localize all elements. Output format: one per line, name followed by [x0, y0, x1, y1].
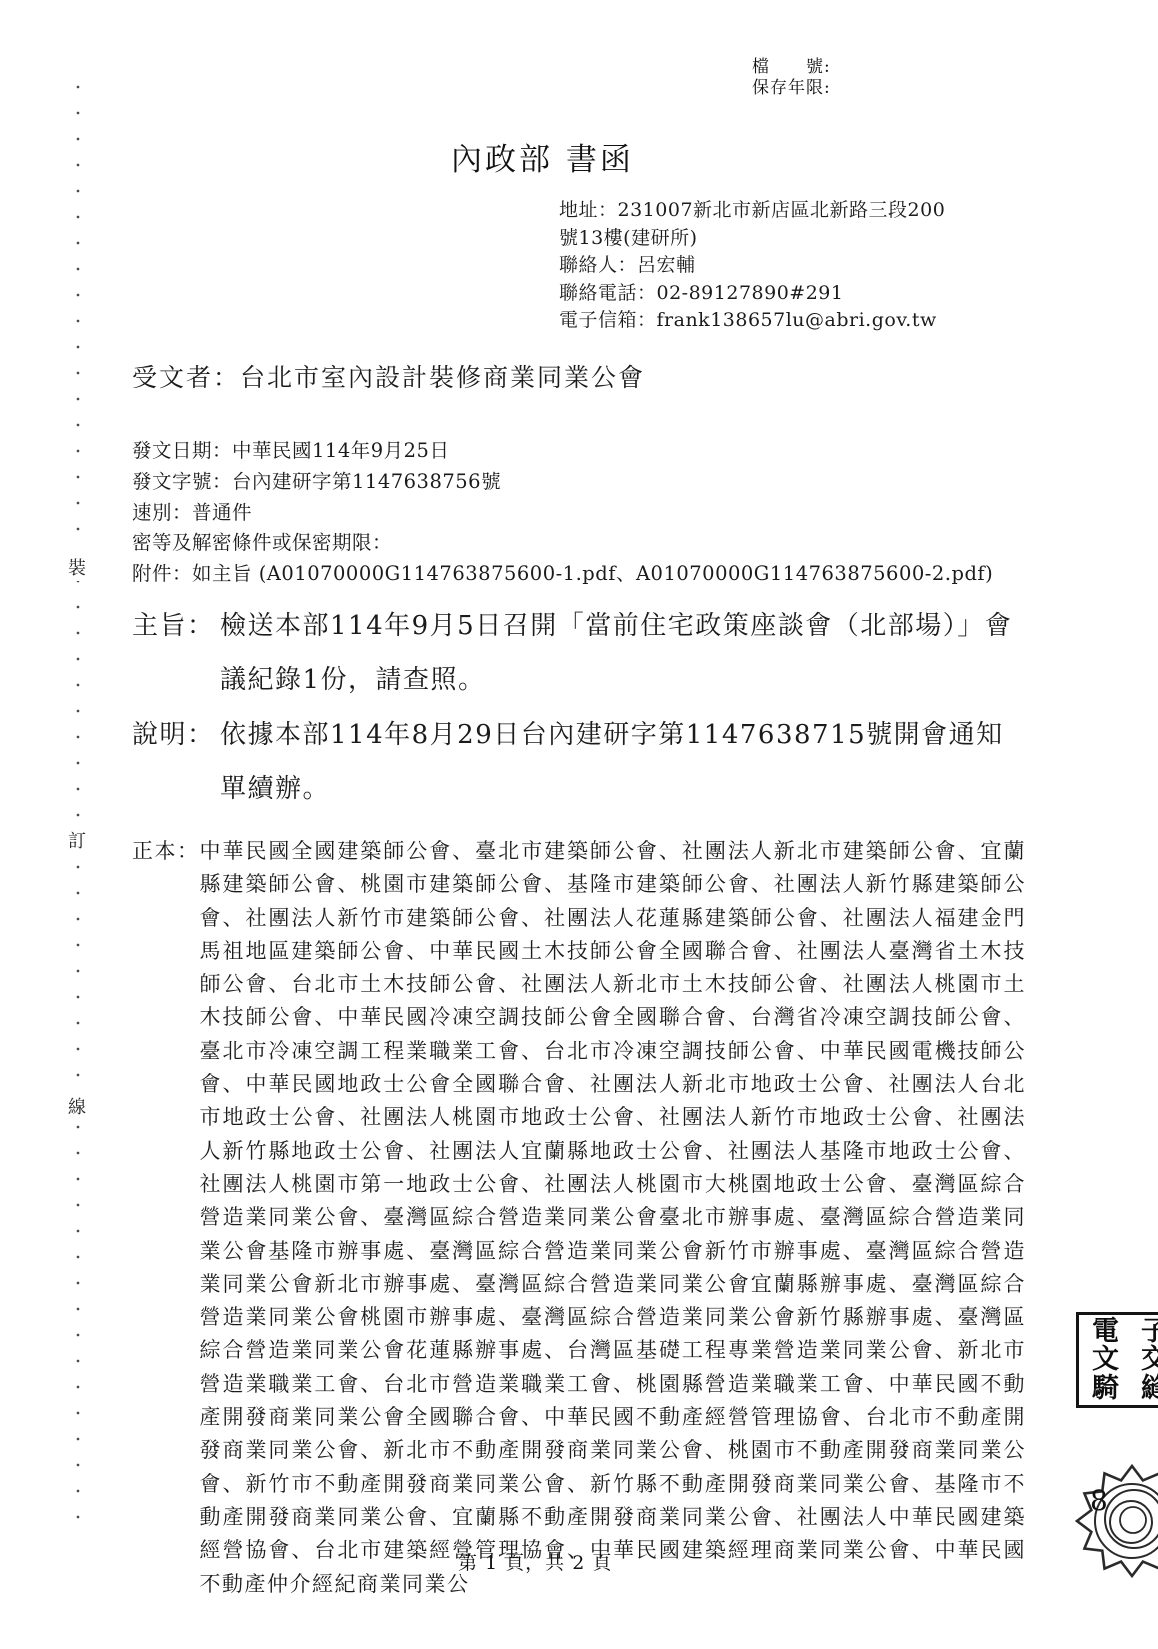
- description-label: 說明：: [132, 708, 220, 816]
- subject-text: 檢送本部114年9月5日召開「當前住宅政策座談會（北部場）」會議紀錄1份，請查照…: [220, 599, 1020, 707]
- binding-mark-xian: 線: [68, 1092, 86, 1120]
- speed-level-line: 速別：普通件: [132, 498, 993, 529]
- file-number-label: 檔 號:: [752, 57, 831, 78]
- electronic-exchange-seam-stamp: 電 子 文 交 騎 縫: [1076, 1312, 1158, 1408]
- description-block: 說明： 依據本部114年8月29日台內建研字第1147638715號開會通知單續…: [132, 708, 1020, 816]
- issue-date-line: 發文日期：中華民國114年9月25日: [132, 436, 993, 467]
- sender-contact-person: 聯絡人：呂宏輔: [559, 252, 945, 280]
- binding-mark-ding: 訂: [68, 826, 86, 854]
- binding-dotted-line: [76, 84, 80, 1534]
- stamp-char: 電: [1092, 1318, 1119, 1345]
- meta-block: 發文日期：中華民國114年9月25日 發文字號：台內建研字第1147638756…: [132, 436, 993, 590]
- binding-mark-zhuang: 裝: [68, 553, 86, 581]
- document-page: 裝 訂 線 檔 號: 保存年限: 內政部 書函 地址：231007新北市新店區北…: [0, 0, 1158, 1649]
- recipient-line: 受文者：台北市室內設計裝修商業同業公會: [132, 358, 645, 394]
- file-header: 檔 號: 保存年限:: [752, 57, 831, 99]
- sender-email: 電子信箱：frank138657lu@abri.gov.tw: [559, 307, 945, 335]
- sender-phone: 聯絡電話：02-89127890#291: [559, 280, 945, 308]
- original-recipients-block: 正本： 中華民國全國建築師公會、臺北市建築師公會、社團法人新北市建築師公會、宜蘭…: [132, 835, 1026, 1601]
- document-title: 內政部 書函: [451, 134, 634, 179]
- sender-address-line2: 號13樓(建研所): [559, 225, 945, 253]
- page-footer: 第 1 頁，共 2 頁: [458, 1548, 612, 1575]
- doc-number-line: 發文字號：台內建研字第1147638756號: [132, 467, 993, 498]
- original-recipients-label: 正本：: [132, 835, 200, 1601]
- sender-address-line1: 地址：231007新北市新店區北新路三段200: [559, 197, 945, 225]
- attachment-line: 附件：如主旨 (A01070000G114763875600-1.pdf、A01…: [132, 559, 993, 590]
- subject-block: 主旨： 檢送本部114年9月5日召開「當前住宅政策座談會（北部場）」會議紀錄1份…: [132, 599, 1020, 707]
- original-recipients-text: 中華民國全國建築師公會、臺北市建築師公會、社團法人新北市建築師公會、宜蘭縣建築師…: [200, 835, 1027, 1601]
- security-level-line: 密等及解密條件或保密期限：: [132, 528, 993, 559]
- stamp-char: 騎: [1092, 1375, 1119, 1402]
- stamp-char: 子: [1141, 1318, 1158, 1345]
- sender-info-block: 地址：231007新北市新店區北新路三段200 號13樓(建研所) 聯絡人：呂宏…: [559, 197, 945, 335]
- stamp-char: 文: [1092, 1346, 1119, 1373]
- description-text: 依據本部114年8月29日台內建研字第1147638715號開會通知單續辦。: [220, 708, 1020, 816]
- subject-label: 主旨：: [132, 599, 220, 707]
- stamp-char: 縫: [1141, 1375, 1158, 1402]
- retention-period-label: 保存年限:: [752, 78, 831, 99]
- stamp-char: 交: [1141, 1346, 1158, 1373]
- flower-seal-icon: [1072, 1456, 1158, 1591]
- page-sequence-number: 8: [1090, 1484, 1108, 1517]
